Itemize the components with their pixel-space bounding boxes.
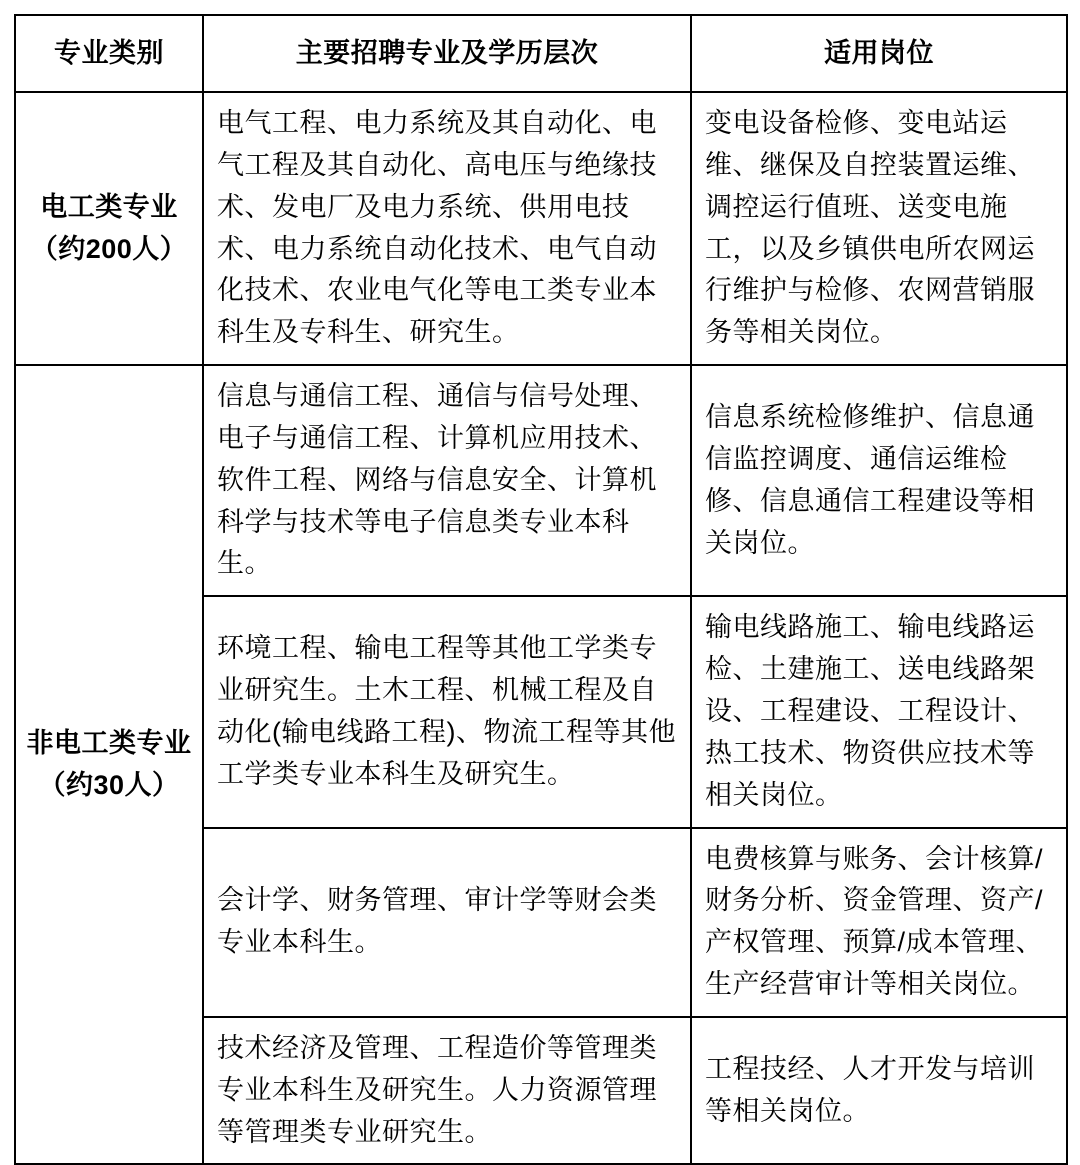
header-cell-category: 专业类别 [15,15,203,92]
table-row-nonelec-info: 非电工类专业 （约30人） 信息与通信工程、通信与信号处理、电子与通信工程、计算… [15,365,1067,596]
category-name: 电工类专业 [22,187,196,229]
majors-cell: 技术经济及管理、工程造价等管理类专业本科生及研究生。人力资源管理等管理类专业研究… [203,1017,691,1165]
category-cell-electrical: 电工类专业 （约200人） [15,92,203,365]
category-name: 非电工类专业 [22,723,196,765]
category-count: （约200人） [22,229,196,271]
header-cell-positions: 适用岗位 [691,15,1067,92]
positions-cell: 输电线路施工、输电线路运检、土建施工、送电线路架设、工程建设、工程设计、热工技术… [691,596,1067,827]
majors-cell: 电气工程、电力系统及其自动化、电气工程及其自动化、高电压与绝缘技术、发电厂及电力… [203,92,691,365]
table-row-electrical: 电工类专业 （约200人） 电气工程、电力系统及其自动化、电气工程及其自动化、高… [15,92,1067,365]
majors-cell: 环境工程、输电工程等其他工学类专业研究生。土木工程、机械工程及自动化(输电线路工… [203,596,691,827]
header-cell-majors: 主要招聘专业及学历层次 [203,15,691,92]
majors-cell: 会计学、财务管理、审计学等财会类专业本科生。 [203,828,691,1017]
category-cell-nonelectrical: 非电工类专业 （约30人） [15,365,203,1164]
recruitment-majors-table: 专业类别 主要招聘专业及学历层次 适用岗位 电工类专业 （约200人） 电气工程… [14,14,1068,1165]
category-count: （约30人） [22,765,196,807]
positions-cell: 工程技经、人才开发与培训等相关岗位。 [691,1017,1067,1165]
positions-cell: 电费核算与账务、会计核算/财务分析、资金管理、资产/产权管理、预算/成本管理、生… [691,828,1067,1017]
majors-cell: 信息与通信工程、通信与信号处理、电子与通信工程、计算机应用技术、软件工程、网络与… [203,365,691,596]
positions-cell: 信息系统检修维护、信息通信监控调度、通信运维检修、信息通信工程建设等相关岗位。 [691,365,1067,596]
table-header-row: 专业类别 主要招聘专业及学历层次 适用岗位 [15,15,1067,92]
positions-cell: 变电设备检修、变电站运维、继保及自控装置运维、调控运行值班、送变电施工，以及乡镇… [691,92,1067,365]
